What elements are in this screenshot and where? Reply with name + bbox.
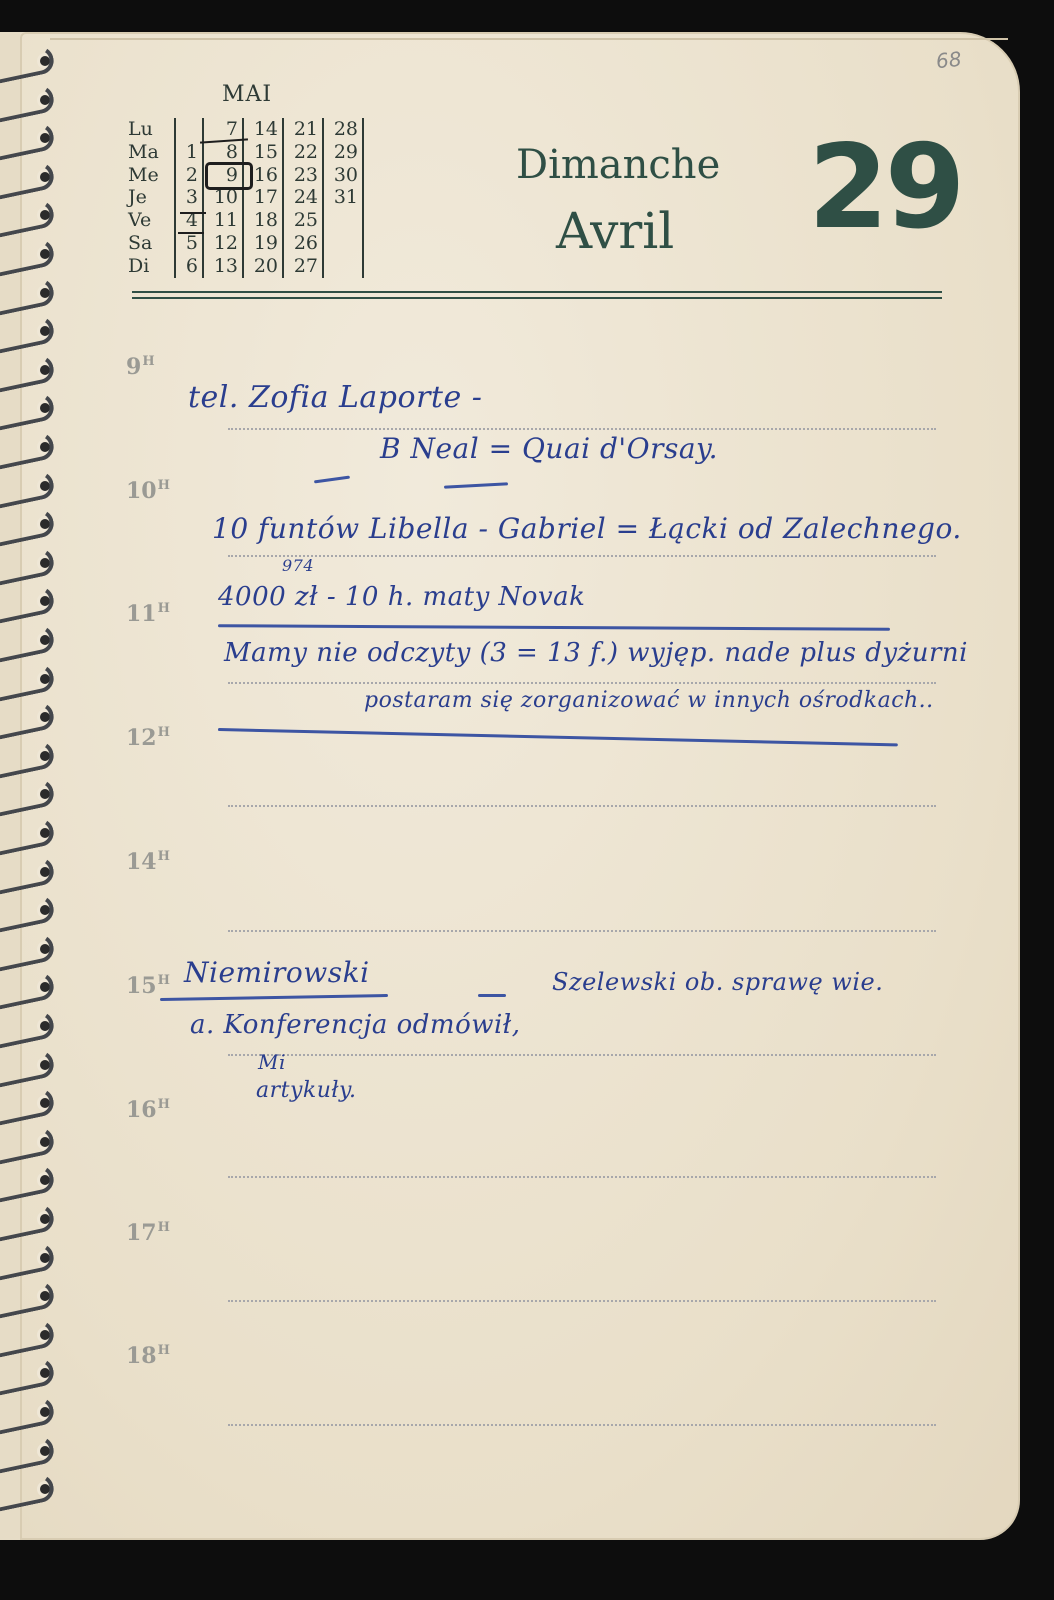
- circled-date-mark: [205, 162, 253, 190]
- calendar-date: 1: [176, 141, 198, 164]
- handwritten-note: Mi: [258, 1050, 286, 1074]
- writing-line: [228, 682, 936, 684]
- calendar-day-labels: Lu Ma Me Je Ve Sa Di: [128, 118, 176, 278]
- pen-bracket-mark: [178, 232, 204, 234]
- header-rule-top: [132, 291, 942, 293]
- pen-bracket-mark: [180, 212, 206, 214]
- calendar-date: 28: [324, 118, 358, 141]
- calendar-date: 23: [284, 164, 318, 187]
- calendar-date: 25: [284, 209, 318, 232]
- calendar-date: 21: [284, 118, 318, 141]
- calendar-date: 8: [204, 141, 238, 164]
- calendar-date: 31: [324, 186, 358, 209]
- calendar-date: 18: [244, 209, 278, 232]
- handwritten-note: Niemirowski: [184, 956, 370, 989]
- day-label: Ma: [128, 141, 174, 164]
- handwritten-note: tel. Zofia Laporte -: [188, 380, 482, 415]
- calendar-date: 19: [244, 232, 278, 255]
- calendar-date: 24: [284, 186, 318, 209]
- calendar-date: [324, 209, 358, 232]
- calendar-date: 12: [204, 232, 238, 255]
- writing-line: [228, 555, 936, 557]
- hour-label-14: 14H: [126, 849, 170, 875]
- handwritten-note: 4000 zł - 10 h. maty Novak: [218, 582, 585, 612]
- hour-label-10: 10H: [126, 478, 170, 504]
- calendar-date: 5: [176, 232, 198, 255]
- calendar-date: 22: [284, 141, 318, 164]
- handwritten-note: 10 funtów Libella - Gabriel = Łącki od Z…: [212, 512, 962, 545]
- writing-line: [228, 428, 936, 430]
- writing-line: [228, 1300, 936, 1302]
- calendar-date: 30: [324, 164, 358, 187]
- day-label: Me: [128, 164, 174, 187]
- calendar-date: 27: [284, 255, 318, 278]
- calendar-week-3: 14 15 16 17 18 19 20: [244, 118, 284, 278]
- calendar-week-5: 28 29 30 31: [324, 118, 364, 278]
- hour-label-11: 11H: [126, 601, 170, 627]
- month-heading: Avril: [556, 202, 674, 260]
- handwritten-note: Szelewski ob. sprawę wie.: [552, 968, 883, 996]
- writing-line: [228, 930, 936, 932]
- calendar-date: 2: [176, 164, 198, 187]
- calendar-date: 6: [176, 255, 198, 278]
- day-label: Lu: [128, 118, 174, 141]
- calendar-date: 29: [324, 141, 358, 164]
- handwritten-note: artykuły.: [256, 1078, 357, 1103]
- hour-label-16: 16H: [126, 1097, 170, 1123]
- mini-calendar-title: MAI: [222, 82, 272, 107]
- calendar-date: [324, 232, 358, 255]
- day-label: Di: [128, 255, 174, 278]
- page-number: 68: [935, 47, 963, 74]
- calendar-date: 14: [244, 118, 278, 141]
- calendar-date: 13: [204, 255, 238, 278]
- hour-label-12: 12H: [126, 725, 170, 751]
- weekday-heading: Dimanche: [516, 142, 720, 188]
- page-edge: [50, 38, 1008, 40]
- handwritten-note: a. Konferencja odmówił,: [190, 1010, 520, 1040]
- ink-dash-mark: [478, 994, 506, 997]
- handwritten-superscript: 974: [282, 556, 314, 575]
- handwritten-note: B Neal = Quai d'Orsay.: [380, 432, 718, 465]
- hour-label-17: 17H: [126, 1220, 170, 1246]
- calendar-date: 26: [284, 232, 318, 255]
- calendar-date: 15: [244, 141, 278, 164]
- writing-line: [228, 1054, 936, 1056]
- hour-label-15: 15H: [126, 973, 170, 999]
- day-label: Je: [128, 186, 174, 209]
- writing-line: [228, 1176, 936, 1178]
- calendar-date: 3: [176, 186, 198, 209]
- mini-calendar: Lu Ma Me Je Ve Sa Di 1 2 3 4 5 6 7 8 9 1…: [128, 118, 364, 278]
- day-number: 29: [808, 130, 961, 246]
- handwritten-note: Mamy nie odczyty (3 = 13 f.) wyjęp. nade…: [224, 638, 968, 668]
- hour-label-18: 18H: [126, 1343, 170, 1369]
- writing-line: [228, 805, 936, 807]
- day-label: Ve: [128, 209, 174, 232]
- calendar-date: [324, 255, 358, 278]
- calendar-date: 20: [244, 255, 278, 278]
- hour-label-9: 9H: [126, 354, 155, 380]
- writing-line: [228, 1424, 936, 1426]
- calendar-week-4: 21 22 23 24 25 26 27: [284, 118, 324, 278]
- calendar-date: 11: [204, 209, 238, 232]
- header-rule-bottom: [132, 297, 942, 299]
- handwritten-note: postaram się zorganizować w innych ośrod…: [364, 688, 934, 713]
- calendar-date: [176, 118, 198, 141]
- calendar-date: 7: [204, 118, 238, 141]
- day-label: Sa: [128, 232, 174, 255]
